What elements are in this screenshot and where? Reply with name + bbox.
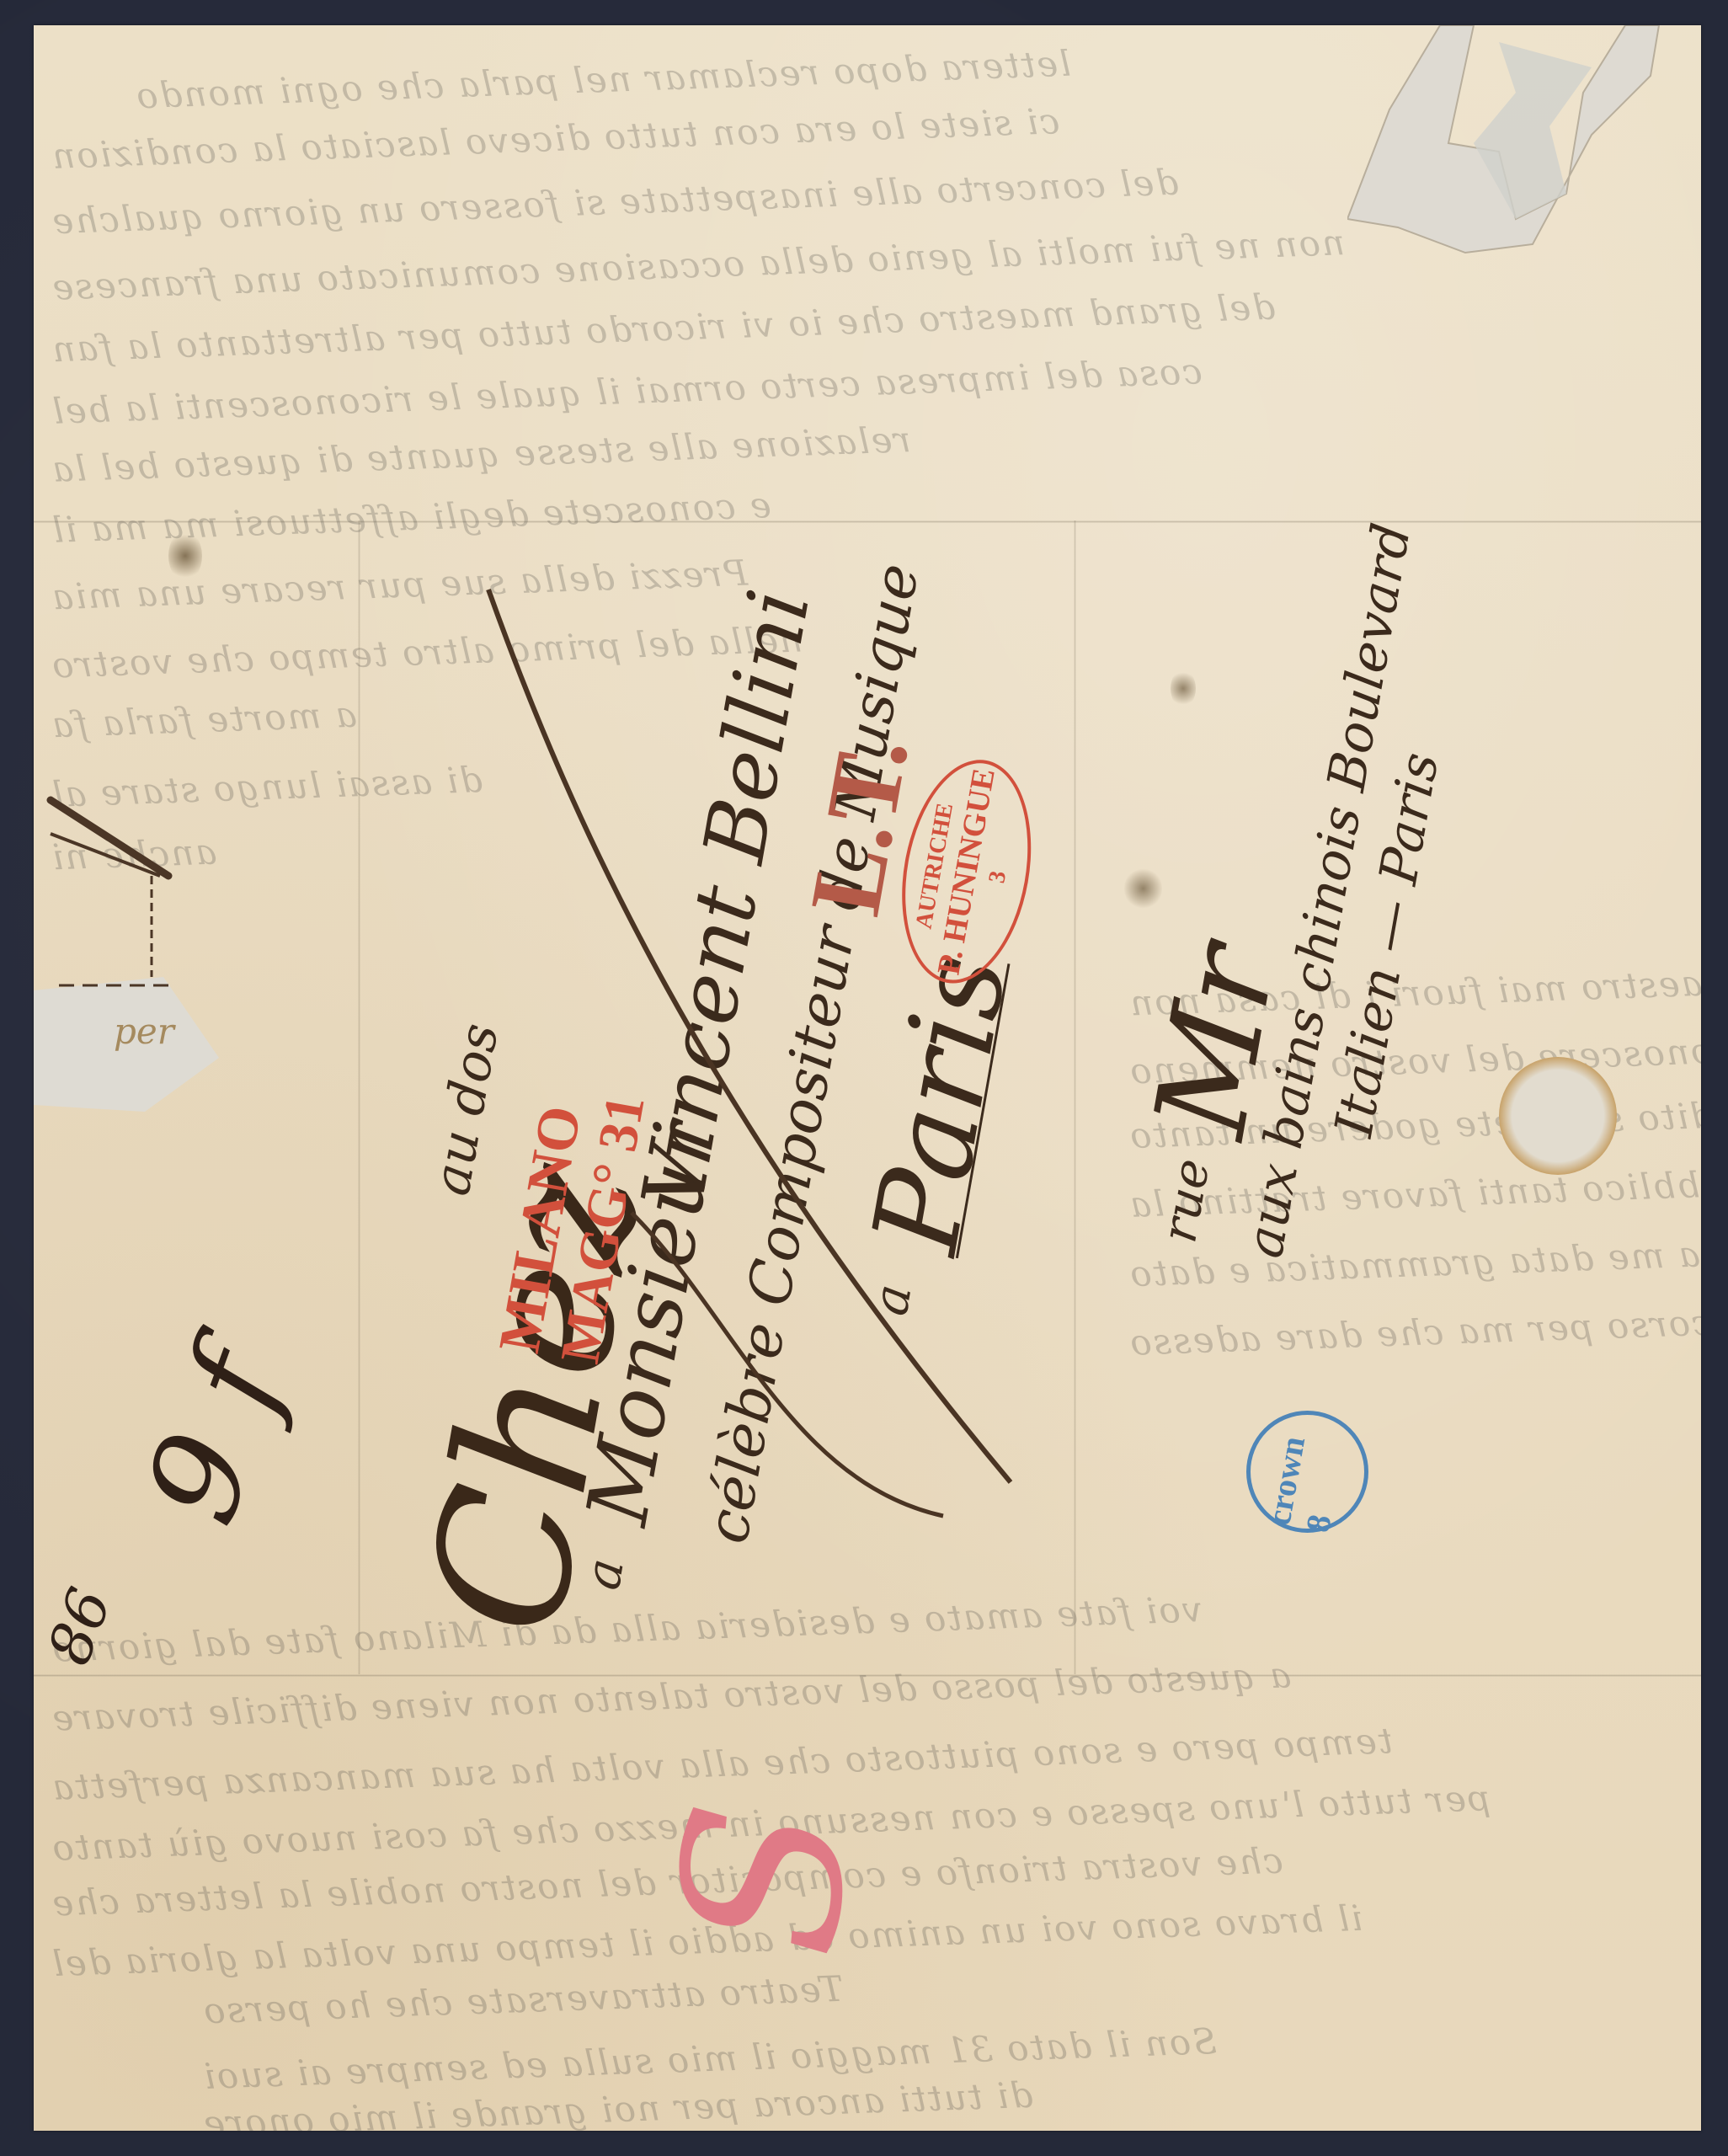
postmark-blue-crown: crown 8 xyxy=(1246,1411,1368,1533)
margin-pen-stroke xyxy=(42,783,194,1036)
crossing-pen-stroke xyxy=(354,573,1112,1651)
bleed-through-line: del concerto alle inaspettate si fossero… xyxy=(51,162,1180,243)
ink-blot xyxy=(168,531,202,581)
address-block: Chez au dos a Monsieur Vincent Bellini c… xyxy=(354,573,1112,1651)
red-pencil-annotation: S xyxy=(632,1793,899,1965)
letter-sheet: lettera dopo reclamar nel parla che ogni… xyxy=(34,25,1701,2131)
bleed-through-line: Teatro attraversate che ho perso xyxy=(201,1968,844,2032)
postage-charge: 9 f xyxy=(118,1333,312,1540)
bleed-through-line: e conoscete degli affettuosi ma ma il xyxy=(50,484,771,551)
bleed-through-line: a questo del posso del vostro talento no… xyxy=(51,1654,1292,1738)
forwarding-address-block: Mr rue aux bains chinois Boulevard Itali… xyxy=(1103,615,1457,1255)
bleed-through-line: e maestro che non corso per ma che dare … xyxy=(1128,1289,1701,1364)
forwarding-rue: rue xyxy=(1149,1155,1220,1247)
paper-tear xyxy=(1347,25,1701,278)
blue-stamp-text: crown 8 xyxy=(1258,1409,1356,1534)
bleed-through-line: a morte farla fa xyxy=(50,694,357,746)
wax-seal-stain xyxy=(1499,1057,1617,1175)
bleed-through-line: relazione alle stesse quante di questo b… xyxy=(50,419,911,490)
